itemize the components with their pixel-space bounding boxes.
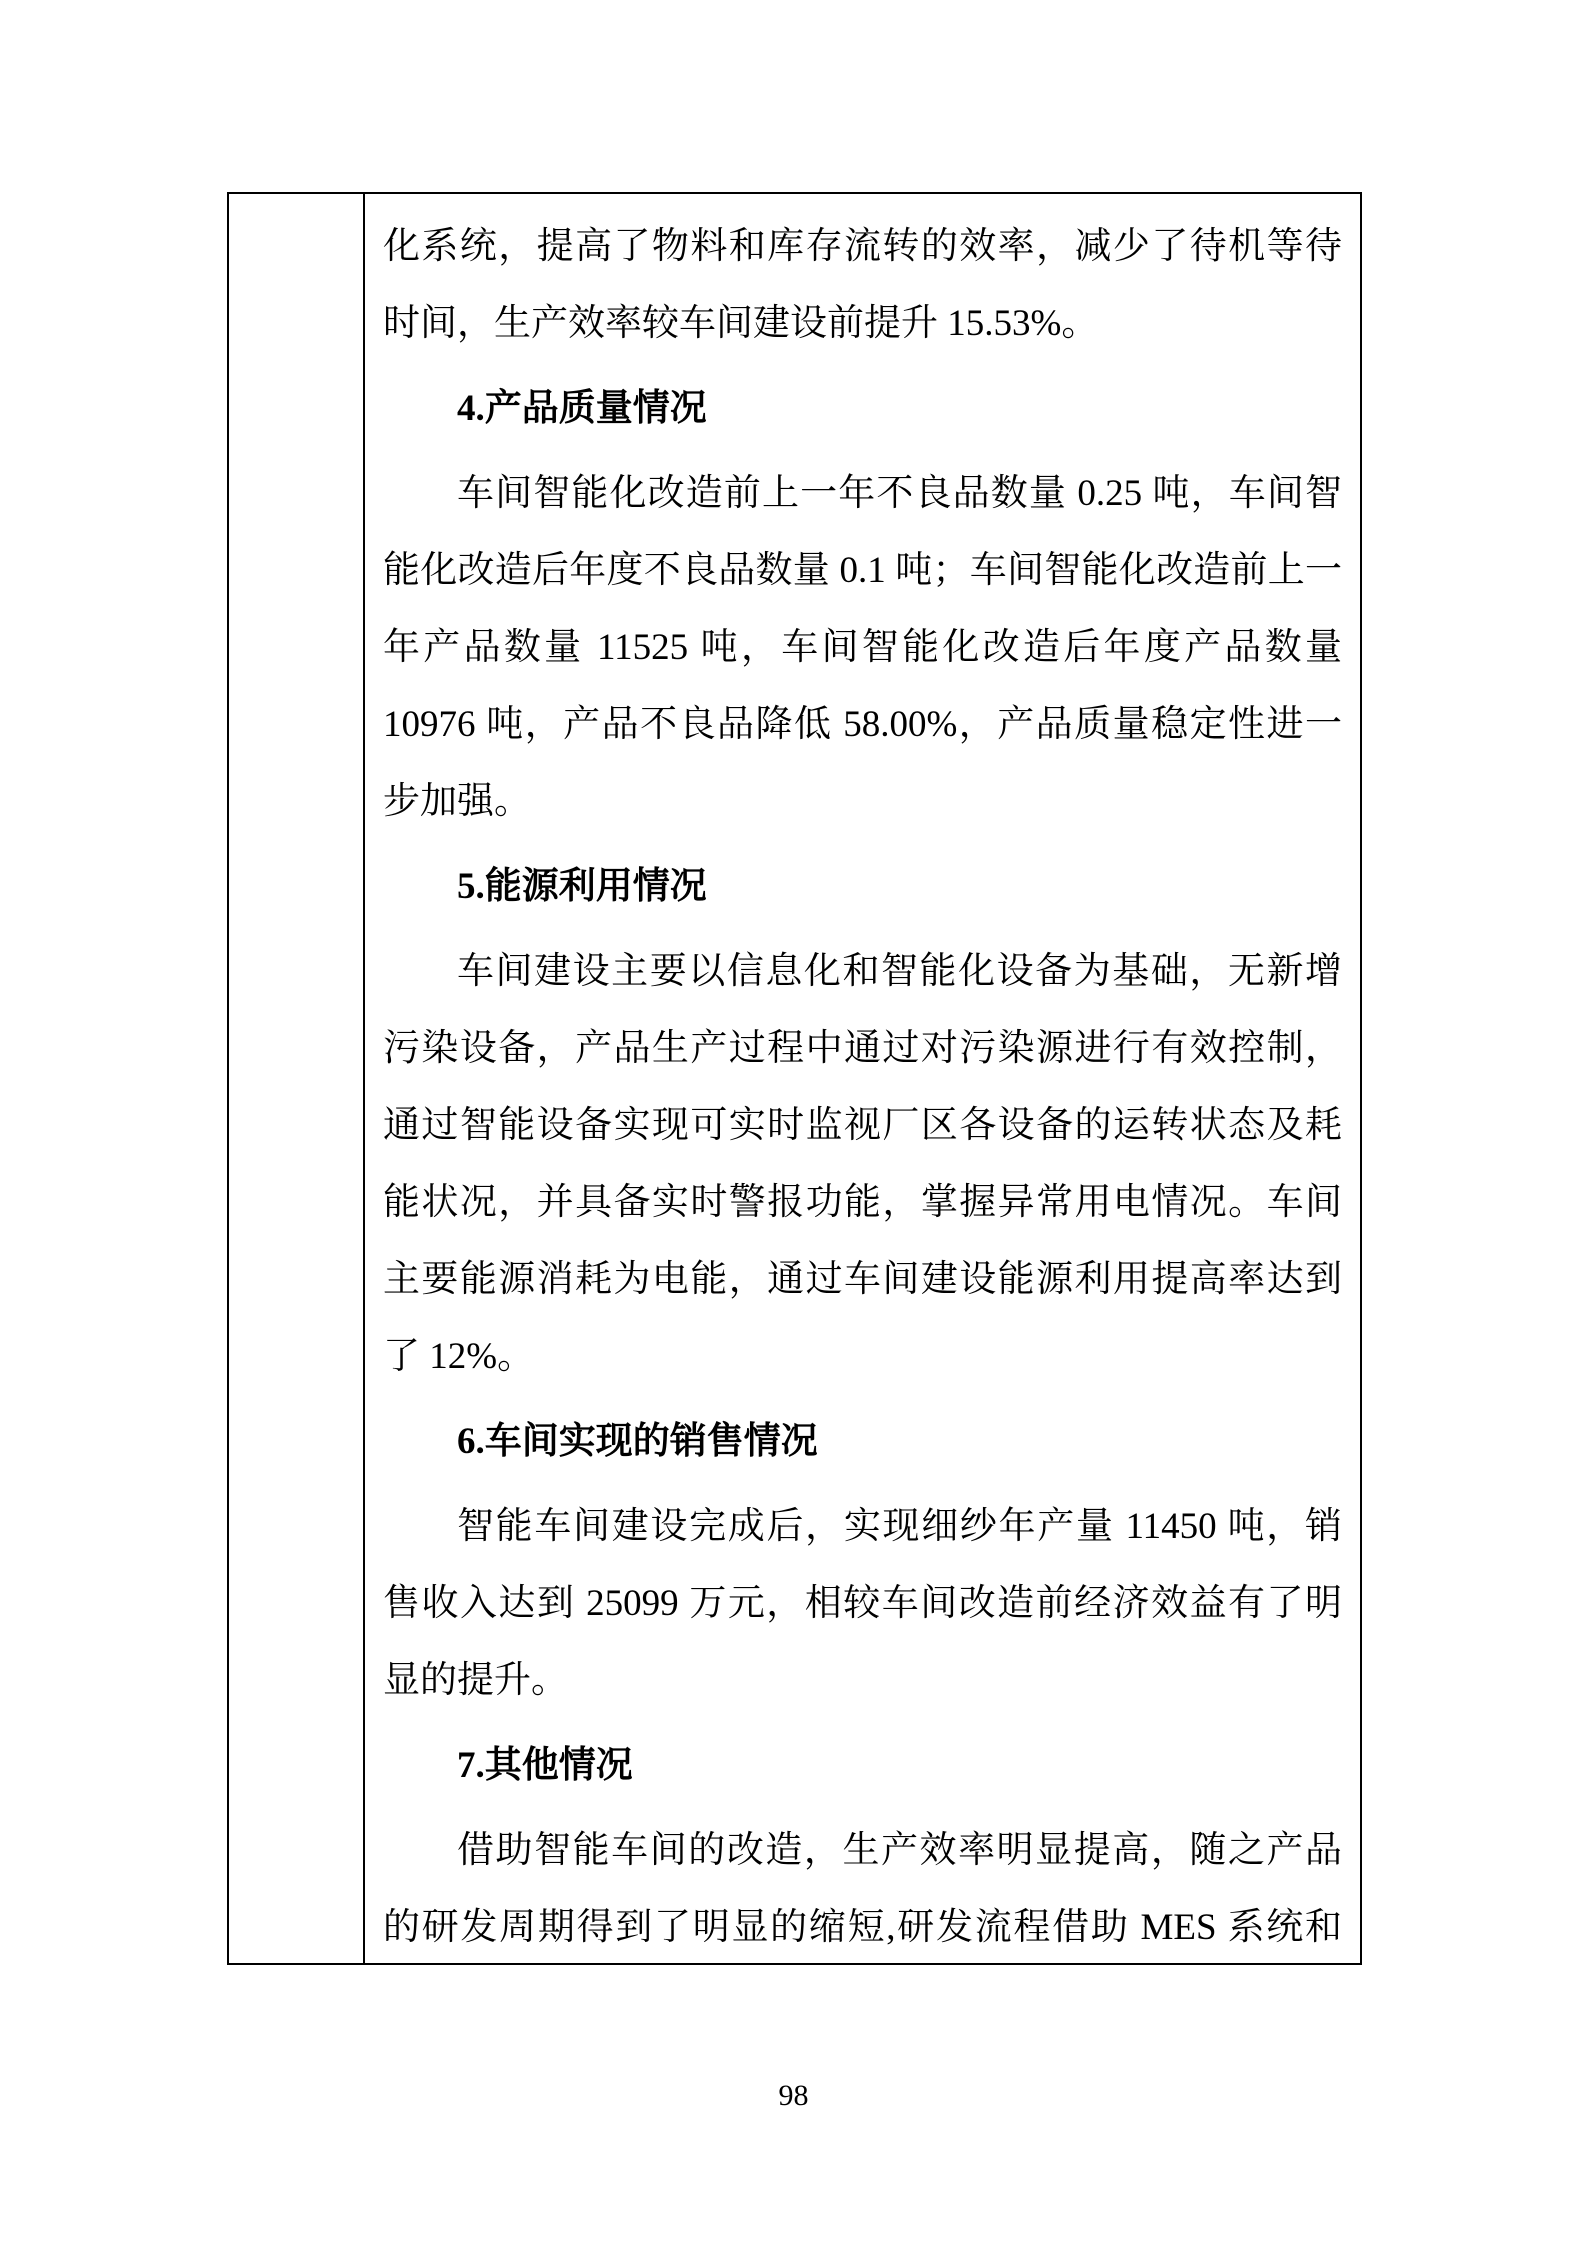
table-content-cell: 化系统，提高了物料和库存流转的效率，减少了待机等待时间，生产效率较车间建设前提升… — [365, 194, 1360, 1963]
paragraph: 车间建设主要以信息化和智能化设备为基础，无新增污染设备，产品生产过程中通过对污染… — [383, 933, 1342, 1395]
paragraph: 智能车间建设完成后，实现细纱年产量 11450 吨，销售收入达到 25099 万… — [383, 1488, 1342, 1719]
table: 化系统，提高了物料和库存流转的效率，减少了待机等待时间，生产效率较车间建设前提升… — [227, 192, 1362, 1965]
table-label-cell — [229, 194, 365, 1963]
page-number: 98 — [0, 2078, 1587, 2114]
section-heading: 6.车间实现的销售情况 — [383, 1403, 1342, 1480]
section-heading: 4.产品质量情况 — [383, 370, 1342, 447]
paragraph: 借助智能车间的改造，生产效率明显提高，随之产品的研发周期得到了明显的缩短,研发流… — [383, 1812, 1342, 1963]
document-page: 化系统，提高了物料和库存流转的效率，减少了待机等待时间，生产效率较车间建设前提升… — [0, 0, 1587, 2245]
section-heading: 7.其他情况 — [383, 1727, 1342, 1804]
section-heading: 5.能源利用情况 — [383, 848, 1342, 925]
paragraph: 化系统，提高了物料和库存流转的效率，减少了待机等待时间，生产效率较车间建设前提升… — [383, 208, 1342, 362]
paragraph: 车间智能化改造前上一年不良品数量 0.25 吨，车间智能化改造后年度不良品数量 … — [383, 455, 1342, 840]
